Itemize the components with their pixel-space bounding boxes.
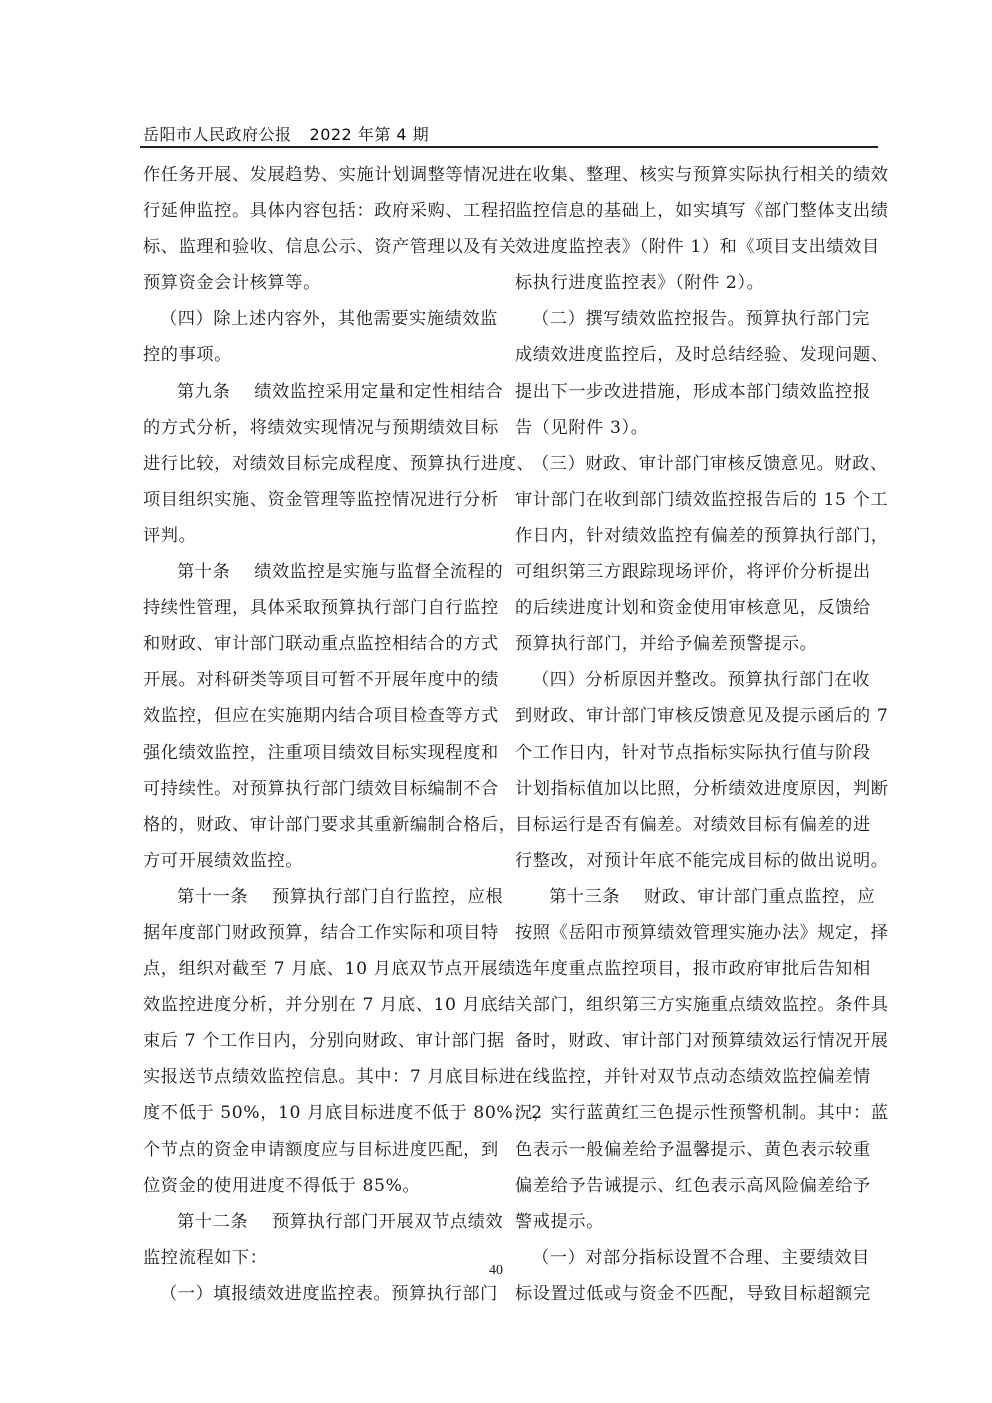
page-number: 40 [0,1263,992,1279]
text-line: 第十条 绩效监控是实施与监督全流程的 [143,554,483,590]
text-line: （四）除上述内容外，其他需要实施绩效监 [143,301,483,337]
text-line: 度不低于 50%，10 月底目标进度不低于 80%；2 [143,1095,483,1131]
header-rule [140,146,878,148]
text-line: 个工作日内，针对节点指标实际执行值与阶段 [515,735,881,771]
text-line: 到财政、审计部门审核反馈意见及提示函后的 7 [515,698,881,734]
text-line: （二）撰写绩效监控报告。预算执行部门完 [515,301,881,337]
text-line: 成绩效进度监控后，及时总结经验、发现问题、 [515,337,881,373]
text-line: 强化绩效监控，注重项目绩效目标实现程度和 [143,735,483,771]
text-line: 选年度重点监控项目，报市政府审批后告知相 [515,951,881,987]
text-line: 进行比较，对绩效目标完成程度、预算执行进度、 [143,446,483,482]
text-line: 效监控进度分析，并分别在 7 月底、10 月底结 [143,987,483,1023]
text-line: 第九条 绩效监控采用定量和定性相结合 [143,374,483,410]
text-line: 警戒提示。 [515,1204,881,1240]
text-line: 在线监控，并针对双节点动态绩效监控偏差情 [515,1059,881,1095]
text-line: 在收集、整理、核实与预算实际执行相关的绩效 [515,157,881,193]
text-line: 提出下一步改进措施，形成本部门绩效监控报 [515,374,881,410]
text-line: 实报送节点绩效监控信息。其中：7 月底目标进 [143,1059,483,1095]
text-line: 预算资金会计核算等。 [143,265,483,301]
text-line: 标设置过低或与资金不匹配，导致目标超额完 [515,1276,881,1312]
text-line: 据年度部门财政预算，结合工作实际和项目特 [143,915,483,951]
text-line: 效监控，但应在实施期内结合项目检查等方式 [143,698,483,734]
text-line: 和财政、审计部门联动重点监控相结合的方式 [143,626,483,662]
text-line: 色表示一般偏差给予温馨提示、黄色表示较重 [515,1132,881,1168]
text-line: 作任务开展、发展趋势、实施计划调整等情况进 [143,157,483,193]
text-line: 的后续进度计划和资金使用审核意见，反馈给 [515,590,881,626]
text-line: 束后 7 个工作日内，分别向财政、审计部门据 [143,1023,483,1059]
text-line: 点，组织对截至 7 月底、10 月底双节点开展绩 [143,951,483,987]
text-line: 方可开展绩效监控。 [143,843,483,879]
text-line: 目标运行是否有偏差。对绩效目标有偏差的进 [515,807,881,843]
left-column: 作任务开展、发展趋势、实施计划调整等情况进行延伸监控。具体内容包括：政府采购、工… [143,157,483,1312]
text-line: 监控信息的基础上，如实填写《部门整体支出绩 [515,193,881,229]
text-line: 作日内，针对绩效监控有偏差的预算执行部门， [515,518,881,554]
text-line: （一）填报绩效进度监控表。预算执行部门 [143,1276,483,1312]
page-header: 岳阳市人民政府公报2022 年第 4 期 [143,122,429,145]
text-line: 偏差给予告诫提示、红色表示高风险偏差给予 [515,1168,881,1204]
text-line: 开展。对科研类等项目可暂不开展年度中的绩 [143,662,483,698]
text-line: 第十三条 财政、审计部门重点监控，应 [515,879,881,915]
text-line: 第十二条 预算执行部门开展双节点绩效 [143,1204,483,1240]
text-line: 备时，财政、审计部门对预算绩效运行情况开展 [515,1023,881,1059]
text-line: （四）分析原因并整改。预算执行部门在收 [515,662,881,698]
text-line: 关部门，组织第三方实施重点绩效监控。条件具 [515,987,881,1023]
text-line: 评判。 [143,518,483,554]
text-line: 位资金的使用进度不得低于 85%。 [143,1168,483,1204]
text-line: 按照《岳阳市预算绩效管理实施办法》规定，择 [515,915,881,951]
text-line: 个节点的资金申请额度应与目标进度匹配，到 [143,1132,483,1168]
text-line: 可组织第三方跟踪现场评价，将评价分析提出 [515,554,881,590]
text-line: 标执行进度监控表》（附件 2）。 [515,265,881,301]
text-line: 标、监理和验收、信息公示、资产管理以及有关 [143,229,483,265]
publication-title: 岳阳市人民政府公报 [143,125,292,144]
text-line: 效进度监控表》（附件 1）和《项目支出绩效目 [515,229,881,265]
issue-label: 2022 年第 4 期 [310,125,430,144]
text-line: 计划指标值加以比照，分析绩效进度原因，判断 [515,771,881,807]
text-line: 审计部门在收到部门绩效监控报告后的 15 个工 [515,482,881,518]
text-line: 控的事项。 [143,337,483,373]
text-line: （三）财政、审计部门审核反馈意见。财政、 [515,446,881,482]
text-line: 格的，财政、审计部门要求其重新编制合格后， [143,807,483,843]
text-line: 行延伸监控。具体内容包括：政府采购、工程招 [143,193,483,229]
text-line: 持续性管理，具体采取预算执行部门自行监控 [143,590,483,626]
text-line: 项目组织实施、资金管理等监控情况进行分析 [143,482,483,518]
text-line: 的方式分析，将绩效实现情况与预期绩效目标 [143,410,483,446]
text-line: 行整改，对预计年底不能完成目标的做出说明。 [515,843,881,879]
text-line: 况，实行蓝黄红三色提示性预警机制。其中：蓝 [515,1095,881,1131]
text-line: 告（见附件 3）。 [515,410,881,446]
right-column: 在收集、整理、核实与预算实际执行相关的绩效监控信息的基础上，如实填写《部门整体支… [515,157,881,1312]
text-line: 可持续性。对预算执行部门绩效目标编制不合 [143,771,483,807]
text-line: 第十一条 预算执行部门自行监控，应根 [143,879,483,915]
text-line: 预算执行部门，并给予偏差预警提示。 [515,626,881,662]
